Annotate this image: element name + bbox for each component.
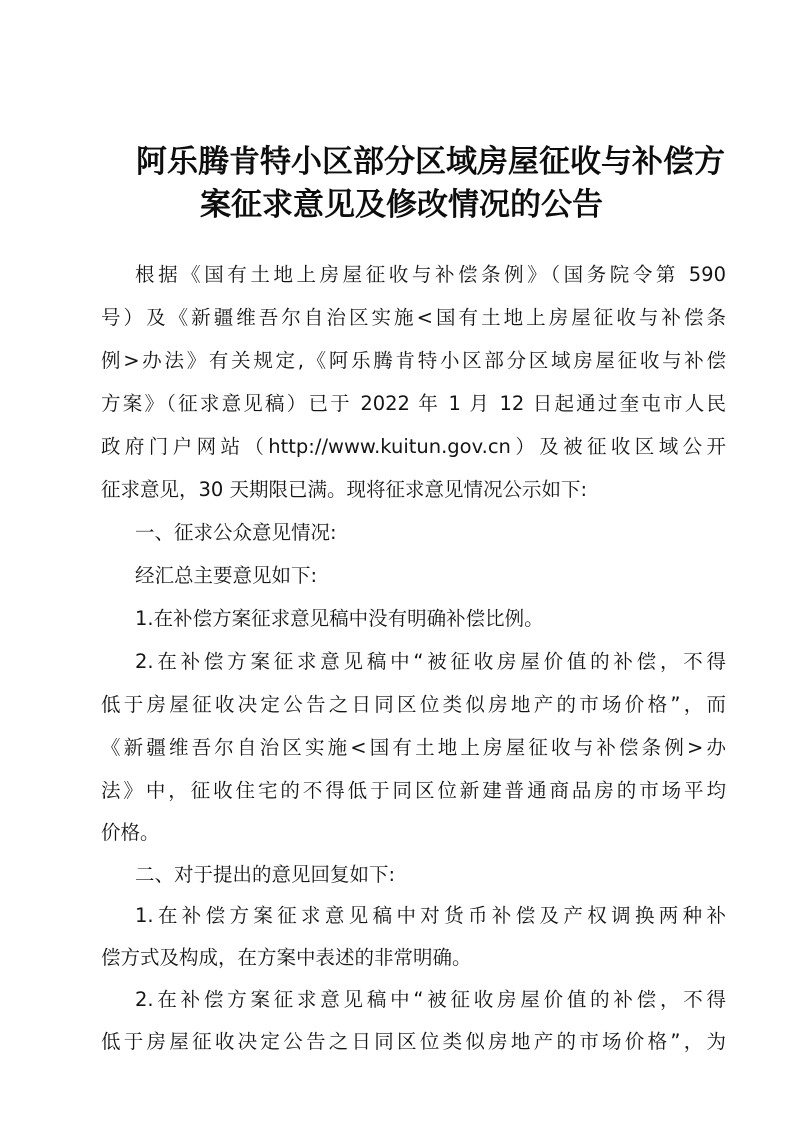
paragraph-intro-line-5: 政府门户网站（http://www.kuitun.gov.cn）及被征收区域公开 — [101, 434, 726, 460]
reply-item-2-line-1: 2.在补偿方案征求意见稿中“被征收房屋价值的补偿，不得 — [135, 987, 726, 1013]
opinion-item-2-line-4: 法》中，征收住宅的不得低于同区位新建普通商品房的市场平均 — [101, 778, 726, 804]
reply-item-1-line-1: 1.在补偿方案征求意见稿中对货币补偿及产权调换两种补 — [135, 903, 726, 929]
paragraph-intro-line-6: 征求意见，30 天期限已满。现将征求意见情况公示如下: — [101, 477, 587, 503]
paragraph-intro-line-1: 根据《国有土地上房屋征收与补偿条例》（国务院令第 590 — [135, 262, 726, 288]
opinion-item-2-line-5: 价格。 — [101, 820, 160, 846]
reply-item-1-line-2: 偿方式及构成，在方案中表述的非常明确。 — [101, 945, 472, 971]
opinion-item-2-line-3: 《新疆维吾尔自治区实施<国有土地上房屋征收与补偿条例>办 — [101, 735, 726, 761]
reply-item-2-line-2: 低于房屋征收决定公告之日同区位类似房地产的市场价格”，为 — [101, 1029, 726, 1055]
section-heading-1: 一、征求公众意见情况: — [135, 520, 337, 546]
opinion-item-2-line-1: 2.在补偿方案征求意见稿中“被征收房屋价值的补偿，不得 — [135, 649, 726, 675]
document-page: 阿乐腾肯特小区部分区域房屋征收与补偿方 案征求意见及修改情况的公告 根据《国有土… — [0, 0, 793, 1122]
paragraph-intro-line-2: 号）及《新疆维吾尔自治区实施<国有土地上房屋征收与补偿条 — [101, 305, 726, 331]
document-title-line-1: 阿乐腾肯特小区部分区域房屋征收与补偿方 — [136, 142, 696, 182]
paragraph-intro-line-4: 方案》（征求意见稿）已于 2022 年 1 月 12 日起通过奎屯市人民 — [101, 391, 726, 417]
paragraph-intro-line-3: 例>办法》有关规定,《阿乐腾肯特小区部分区域房屋征收与补偿 — [101, 348, 726, 374]
section-heading-2: 二、对于提出的意见回复如下: — [135, 862, 395, 888]
opinion-item-1: 1.在补偿方案征求意见稿中没有明确补偿比例。 — [135, 606, 544, 632]
summary-intro: 经汇总主要意见如下: — [135, 563, 317, 589]
document-title-line-2: 案征求意见及修改情况的公告 — [200, 185, 603, 225]
opinion-item-2-line-2: 低于房屋征收决定公告之日同区位类似房地产的市场价格”，而 — [101, 692, 726, 718]
